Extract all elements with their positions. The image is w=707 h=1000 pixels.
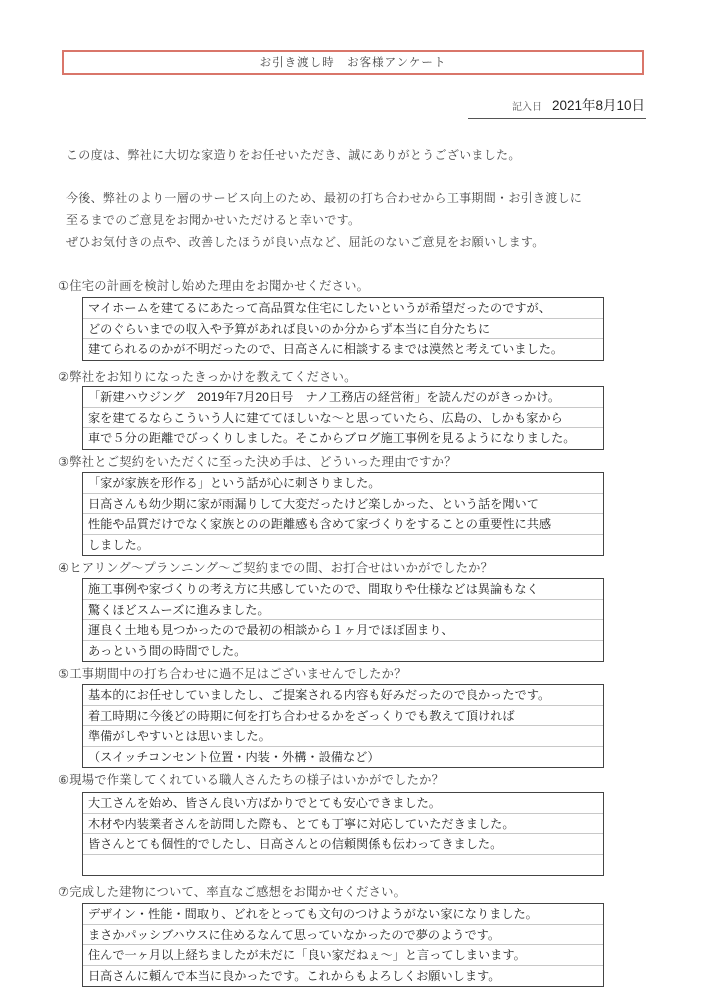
answer-line: マイホームを建てるにあたって高品質な住宅にしたいというが希望だったのですが、	[83, 298, 603, 319]
question-6: ⑥現場で作業してくれている職人さんたちの様子はいかがでしたか？	[58, 770, 444, 788]
answer-box-1: マイホームを建てるにあたって高品質な住宅にしたいというが希望だったのですが、 ど…	[82, 297, 604, 361]
answer-line: まさかパッシブハウスに住めるなんて思っていなかったので夢のようです。	[83, 925, 603, 946]
answer-line: 運良く土地も見つかったので最初の相談から１ヶ月でほぼ固まり、	[83, 620, 603, 641]
answer-line: 「家が家族を形作る」という話が心に刺さりました。	[83, 473, 603, 494]
intro-line: ぜひお気付きの点や、改善したほうが良い点など、屈託のないご意見をお願いします。	[66, 233, 545, 250]
answer-line: 準備がしやすいとは思いました。	[83, 726, 603, 747]
entry-date: 記入日 2021年8月10日	[468, 92, 646, 119]
question-4: ④ヒアリング～プランニング～ご契約までの間、お打合せはいかがでしたか？	[58, 558, 493, 576]
answer-line: 「新建ハウジング 2019年7月20日号 ナノ工務店の経営術」を読んだのがきっか…	[83, 387, 603, 408]
intro-thanks: この度は、弊社に大切な家造りをお任せいただき、誠にありがとうございました。	[66, 146, 521, 163]
answer-line: 日高さんに頼んで本当に良かったです。これからもよろしくお願いします。	[83, 966, 603, 987]
answer-line: 基本的にお任せしていましたし、ご提案される内容も好みだったので良かったです。	[83, 685, 603, 706]
entry-date-label: 記入日	[512, 98, 542, 113]
question-5: ⑤工事期間中の打ち合わせに過不足はございませんでしたか？	[58, 664, 407, 682]
answer-line: 施工事例や家づくりの考え方に共感していたので、間取りや仕様などは異論もなく	[83, 579, 603, 600]
answer-line: 大工さんを始め、皆さん良い方ばかりでとても安心できました。	[83, 793, 603, 814]
intro-line: 今後、弊社のより一層のサービス向上のため、最初の打ち合わせから工事期間・お引き渡…	[66, 189, 582, 206]
answer-line: しました。	[83, 535, 603, 556]
answer-box-2: 「新建ハウジング 2019年7月20日号 ナノ工務店の経営術」を読んだのがきっか…	[82, 386, 604, 450]
answer-box-6: 大工さんを始め、皆さん良い方ばかりでとても安心できました。 木材や内装業者さんを…	[82, 792, 604, 876]
answer-box-3: 「家が家族を形作る」という話が心に刺さりました。 日高さんも幼少期に家が雨漏りし…	[82, 472, 604, 556]
survey-title: お引き渡し時 お客様アンケート	[62, 50, 644, 75]
answer-line: 皆さんとても個性的でしたし、日高さんとの信頼関係も伝わってきました。	[83, 834, 603, 855]
intro-line: 至るまでのご意見をお聞かせいただけると幸いです。	[66, 211, 360, 228]
answer-line: 建てられるのかが不明だったので、日高さんに相談するまでは漠然と考えていました。	[83, 339, 603, 360]
question-1: ①住宅の計画を検討し始めた理由をお聞かせください。	[58, 276, 369, 294]
answer-box-4: 施工事例や家づくりの考え方に共感していたので、間取りや仕様などは異論もなく 驚く…	[82, 578, 604, 662]
answer-line: あっという間の時間でした。	[83, 641, 603, 662]
answer-line	[83, 855, 603, 876]
answer-line: 車で５分の距離でびっくりしました。そこからブログ施工事例を見るようになりました。	[83, 428, 603, 449]
answer-line: 家を建てるならこういう人に建ててほしいな～と思っていたら、広島の、しかも家から	[83, 408, 603, 429]
answer-box-7: デザイン・性能・間取り、どれをとっても文句のつけようがない家になりました。 まさ…	[82, 903, 604, 987]
answer-line: 住んで一ヶ月以上経ちましたが未だに「良い家だねぇ～」と言ってしまいます。	[83, 945, 603, 966]
answer-line: デザイン・性能・間取り、どれをとっても文句のつけようがない家になりました。	[83, 904, 603, 925]
question-7: ⑦完成した建物について、率直なご感想をお聞かせください。	[58, 882, 406, 900]
question-2: ②弊社をお知りになったきっかけを教えてください。	[58, 367, 357, 385]
answer-line: 驚くほどスムーズに進みました。	[83, 600, 603, 621]
answer-line: （スイッチコンセント位置・内装・外構・設備など）	[83, 747, 603, 768]
answer-line: 性能や品質だけでなく家族とのの距離感も含めて家づくりをすることの重要性に共感	[83, 514, 603, 535]
entry-date-value: 2021年8月10日	[552, 94, 645, 114]
answer-line: どのぐらいまでの収入や予算があれば良いのか分からず本当に自分たちに	[83, 319, 603, 340]
answer-line: 木材や内装業者さんを訪問した際も、とても丁寧に対応していただきました。	[83, 814, 603, 835]
question-3: ③弊社とご契約をいただくに至った決め手は、どういった理由ですか？	[58, 452, 457, 470]
answer-line: 着工時期に今後どの時期に何を打ち合わせるかをざっくりでも教えて頂ければ	[83, 706, 603, 727]
answer-box-5: 基本的にお任せしていましたし、ご提案される内容も好みだったので良かったです。 着…	[82, 684, 604, 768]
answer-line: 日高さんも幼少期に家が雨漏りして大変だったけど楽しかった、という話を聞いて	[83, 494, 603, 515]
